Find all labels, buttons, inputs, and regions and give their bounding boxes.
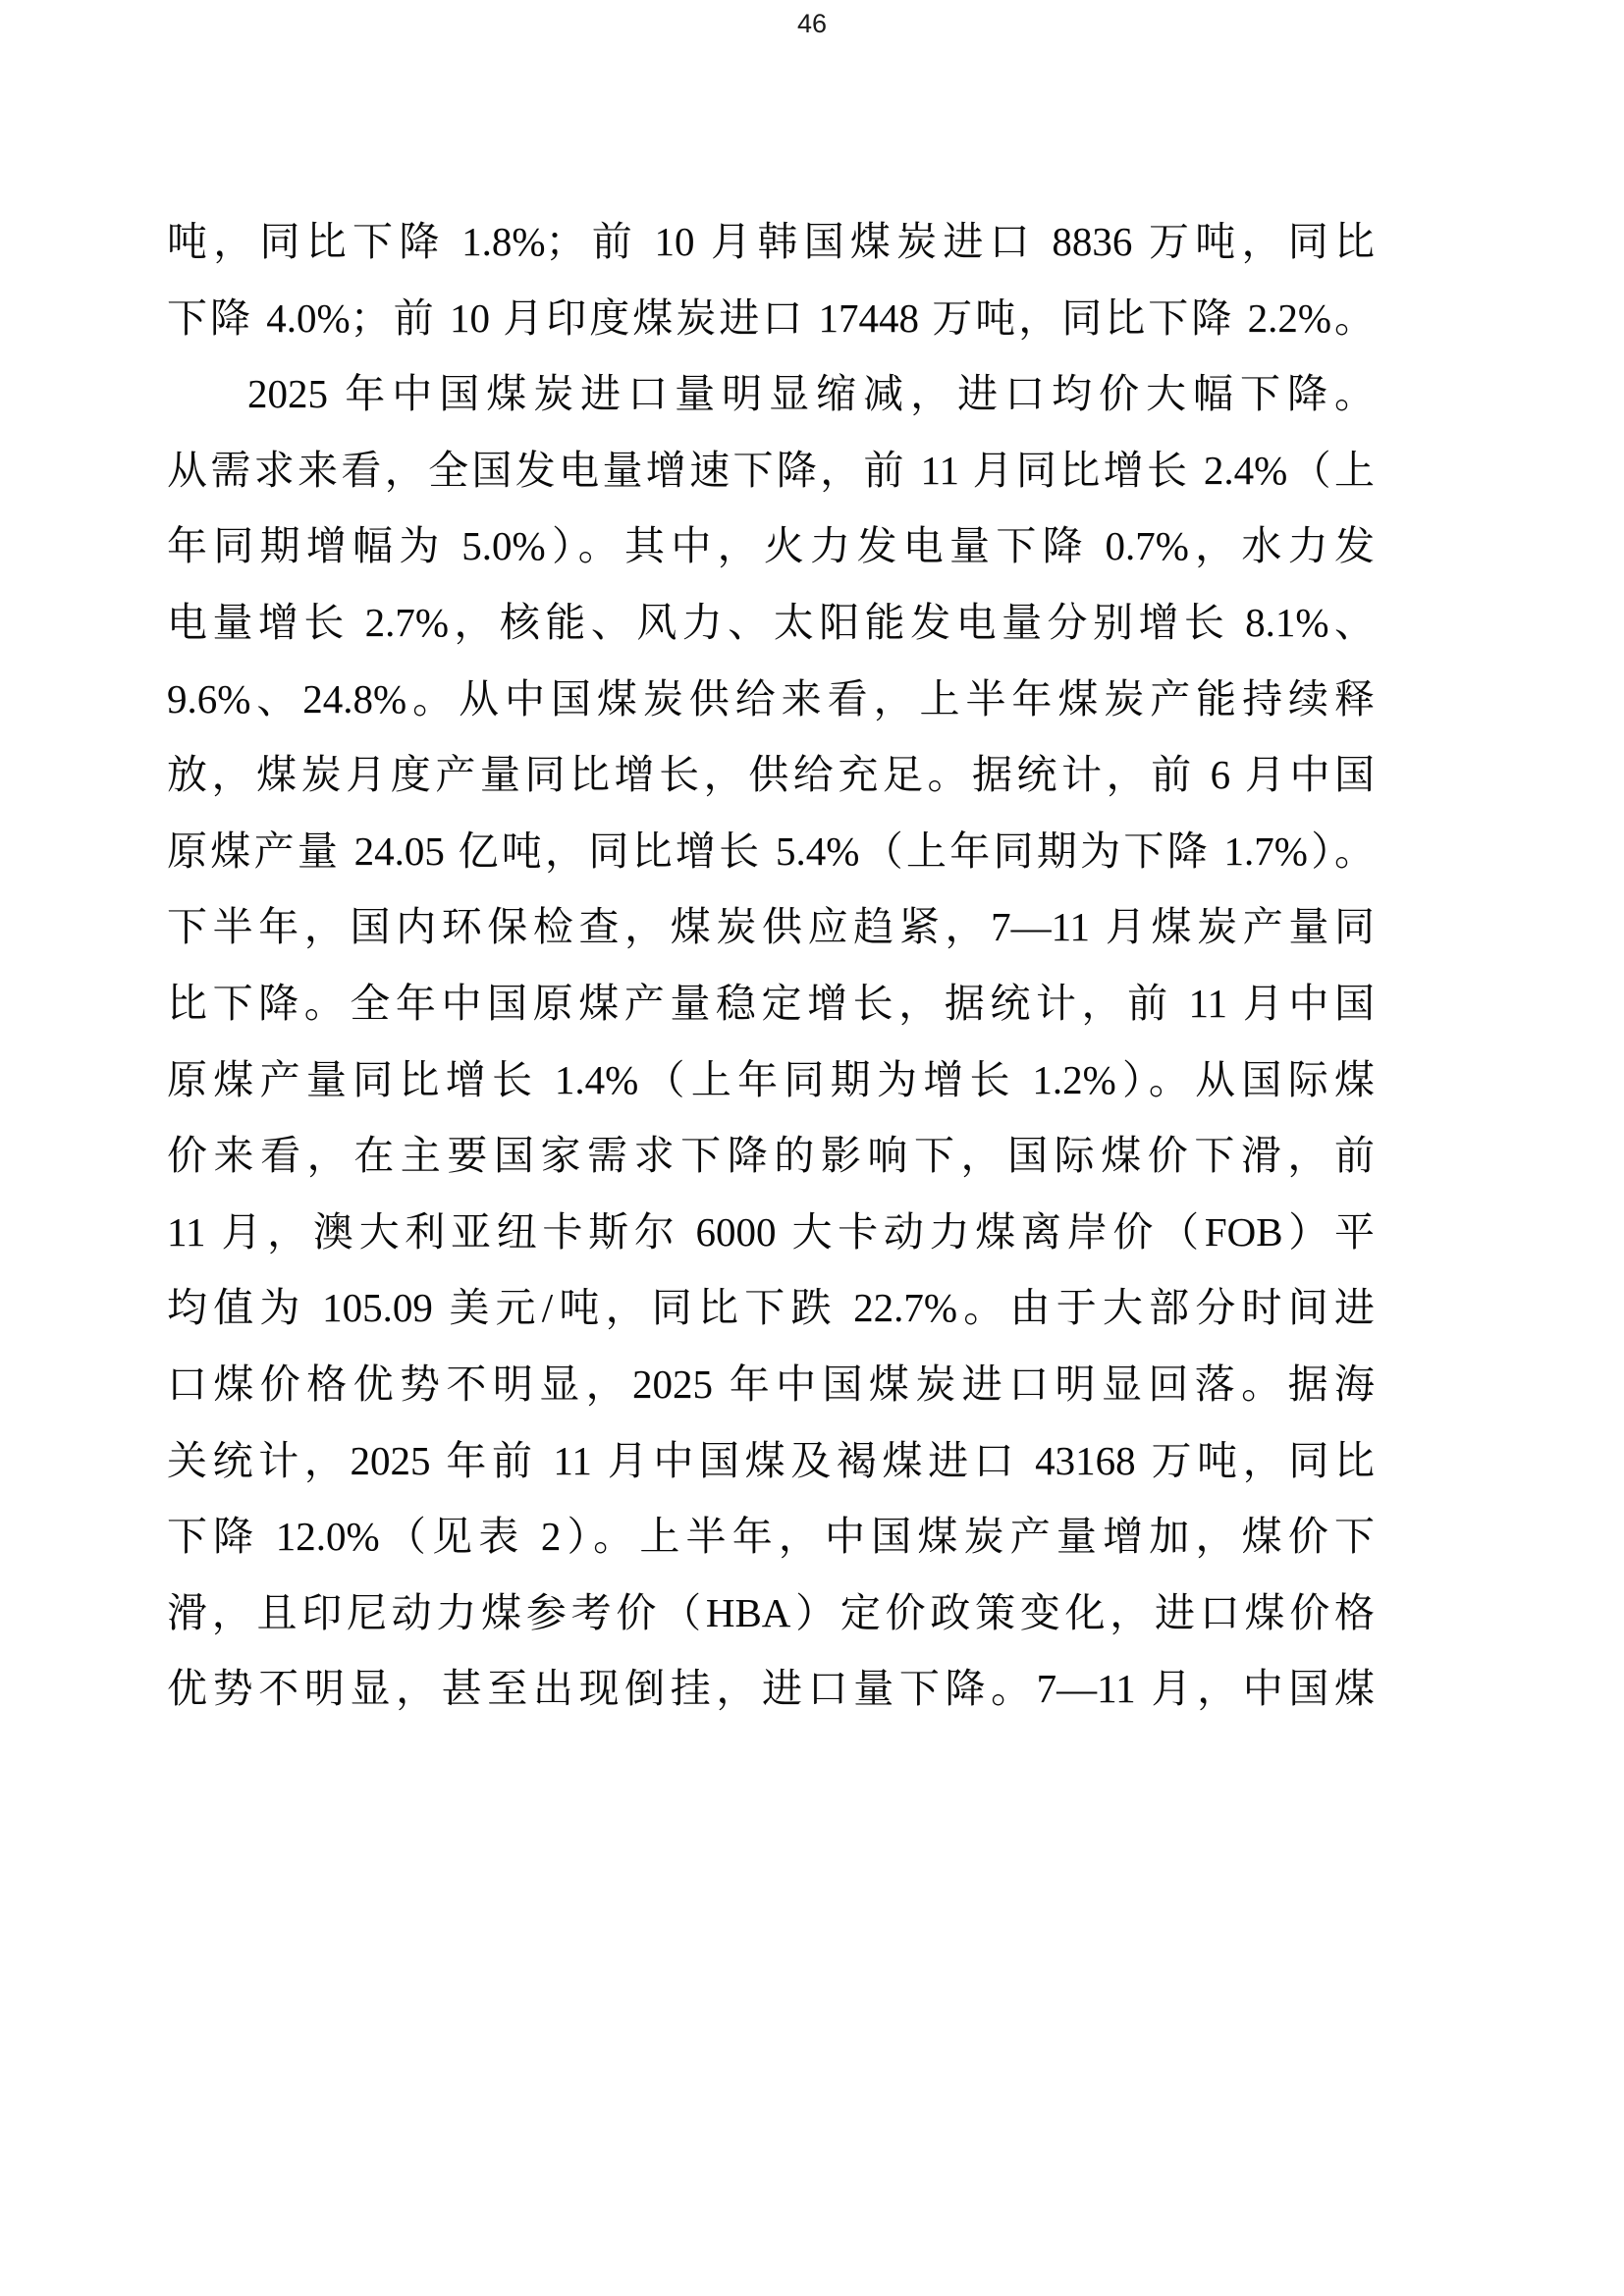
text-line: 下降 4.0%；前 10 月印度煤炭进口 17448 万吨，同比下降 2.2%。	[167, 281, 1375, 357]
page-header: 46	[0, 8, 1624, 39]
text-line: 口煤价格优势不明显，2025 年中国煤炭进口明显回落。据海	[167, 1347, 1375, 1423]
text-line: 2025 年中国煤炭进口量明显缩减，进口均价大幅下降。	[167, 356, 1375, 433]
page-number: 46	[797, 9, 827, 38]
document-body: 吨，同比下降 1.8%；前 10 月韩国煤炭进口 8836 万吨，同比下降 4.…	[167, 204, 1375, 1728]
text-line: 滑，且印尼动力煤参考价（HBA）定价政策变化，进口煤价格	[167, 1575, 1375, 1652]
text-line: 关统计，2025 年前 11 月中国煤及褐煤进口 43168 万吨，同比	[167, 1423, 1375, 1500]
text-line: 下半年，国内环保检查，煤炭供应趋紧，7—11 月煤炭产量同	[167, 889, 1375, 966]
text-line: 年同期增幅为 5.0%）。其中，火力发电量下降 0.7%，水力发	[167, 508, 1375, 585]
text-line: 下降 12.0%（见表 2）。上半年，中国煤炭产量增加，煤价下	[167, 1499, 1375, 1575]
text-line: 从需求来看，全国发电量增速下降，前 11 月同比增长 2.4%（上	[167, 433, 1375, 509]
text-line: 放，煤炭月度产量同比增长，供给充足。据统计，前 6 月中国	[167, 737, 1375, 814]
text-line: 均值为 105.09 美元/吨，同比下跌 22.7%。由于大部分时间进	[167, 1270, 1375, 1347]
text-line: 比下降。全年中国原煤产量稳定增长，据统计，前 11 月中国	[167, 966, 1375, 1042]
text-line: 吨，同比下降 1.8%；前 10 月韩国煤炭进口 8836 万吨，同比	[167, 204, 1375, 281]
document-page: 46 吨，同比下降 1.8%；前 10 月韩国煤炭进口 8836 万吨，同比下降…	[0, 0, 1624, 2296]
text-line: 价来看，在主要国家需求下降的影响下，国际煤价下滑，前	[167, 1118, 1375, 1195]
text-line: 电量增长 2.7%，核能、风力、太阳能发电量分别增长 8.1%、	[167, 585, 1375, 662]
text-line: 11 月，澳大利亚纽卡斯尔 6000 大卡动力煤离岸价（FOB）平	[167, 1195, 1375, 1271]
paragraph: 2025 年中国煤炭进口量明显缩减，进口均价大幅下降。从需求来看，全国发电量增速…	[167, 356, 1375, 1728]
text-line: 原煤产量同比增长 1.4%（上年同期为增长 1.2%）。从国际煤	[167, 1042, 1375, 1119]
text-line: 优势不明显，甚至出现倒挂，进口量下降。7—11 月，中国煤	[167, 1651, 1375, 1728]
text-line: 原煤产量 24.05 亿吨，同比增长 5.4%（上年同期为下降 1.7%）。	[167, 814, 1375, 890]
text-line: 9.6%、24.8%。从中国煤炭供给来看，上半年煤炭产能持续释	[167, 662, 1375, 738]
paragraph: 吨，同比下降 1.8%；前 10 月韩国煤炭进口 8836 万吨，同比下降 4.…	[167, 204, 1375, 356]
